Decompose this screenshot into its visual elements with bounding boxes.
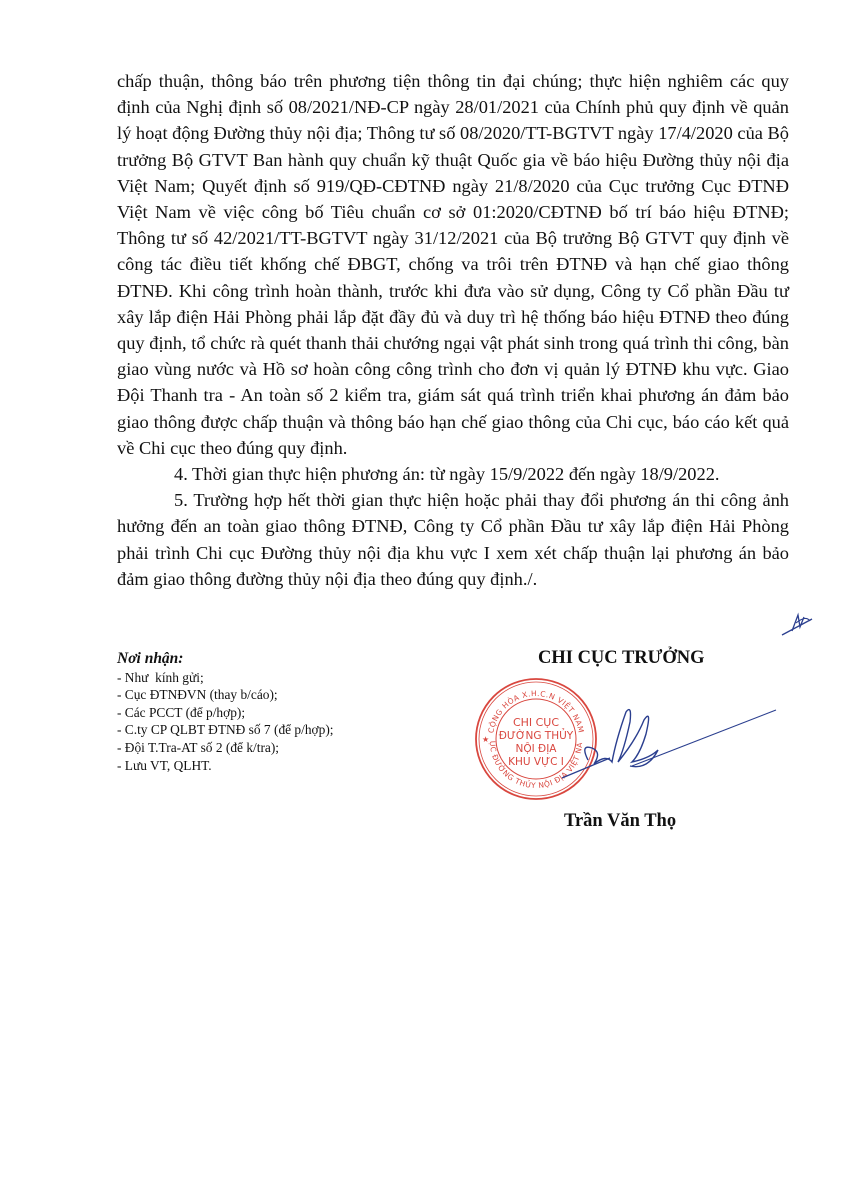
signer-name: Trần Văn Thọ [564,811,676,832]
handwritten-signature-icon [540,700,780,790]
position-title: CHI CỤC TRƯỞNG [538,648,705,669]
document-page: chấp thuận, thông báo trên phương tiện t… [0,0,849,1200]
paragraph-item-5: 5. Trường hợp hết thời gian thực hiện ho… [117,487,789,592]
recipient-item: - Như kính gửi; [117,669,437,687]
svg-text:★: ★ [482,735,489,744]
recipient-item: - Lưu VT, QLHT. [117,757,437,775]
recipient-item: - C.ty CP QLBT ĐTNĐ số 7 (để p/hợp); [117,721,437,739]
recipient-item: - Các PCCT (để p/hợp); [117,704,437,722]
recipients-list: Nơi nhận: - Như kính gửi; - Cục ĐTNĐVN (… [117,650,437,774]
recipients-title: Nơi nhận: [117,650,437,668]
initials-mark-icon [778,609,818,639]
paragraph-continuation: chấp thuận, thông báo trên phương tiện t… [117,68,789,461]
recipient-item: - Cục ĐTNĐVN (thay b/cáo); [117,686,437,704]
recipient-item: - Đội T.Tra-AT số 2 (để k/tra); [117,739,437,757]
paragraph-item-4: 4. Thời gian thực hiện phương án: từ ngà… [117,461,789,487]
document-body: chấp thuận, thông báo trên phương tiện t… [117,68,789,592]
